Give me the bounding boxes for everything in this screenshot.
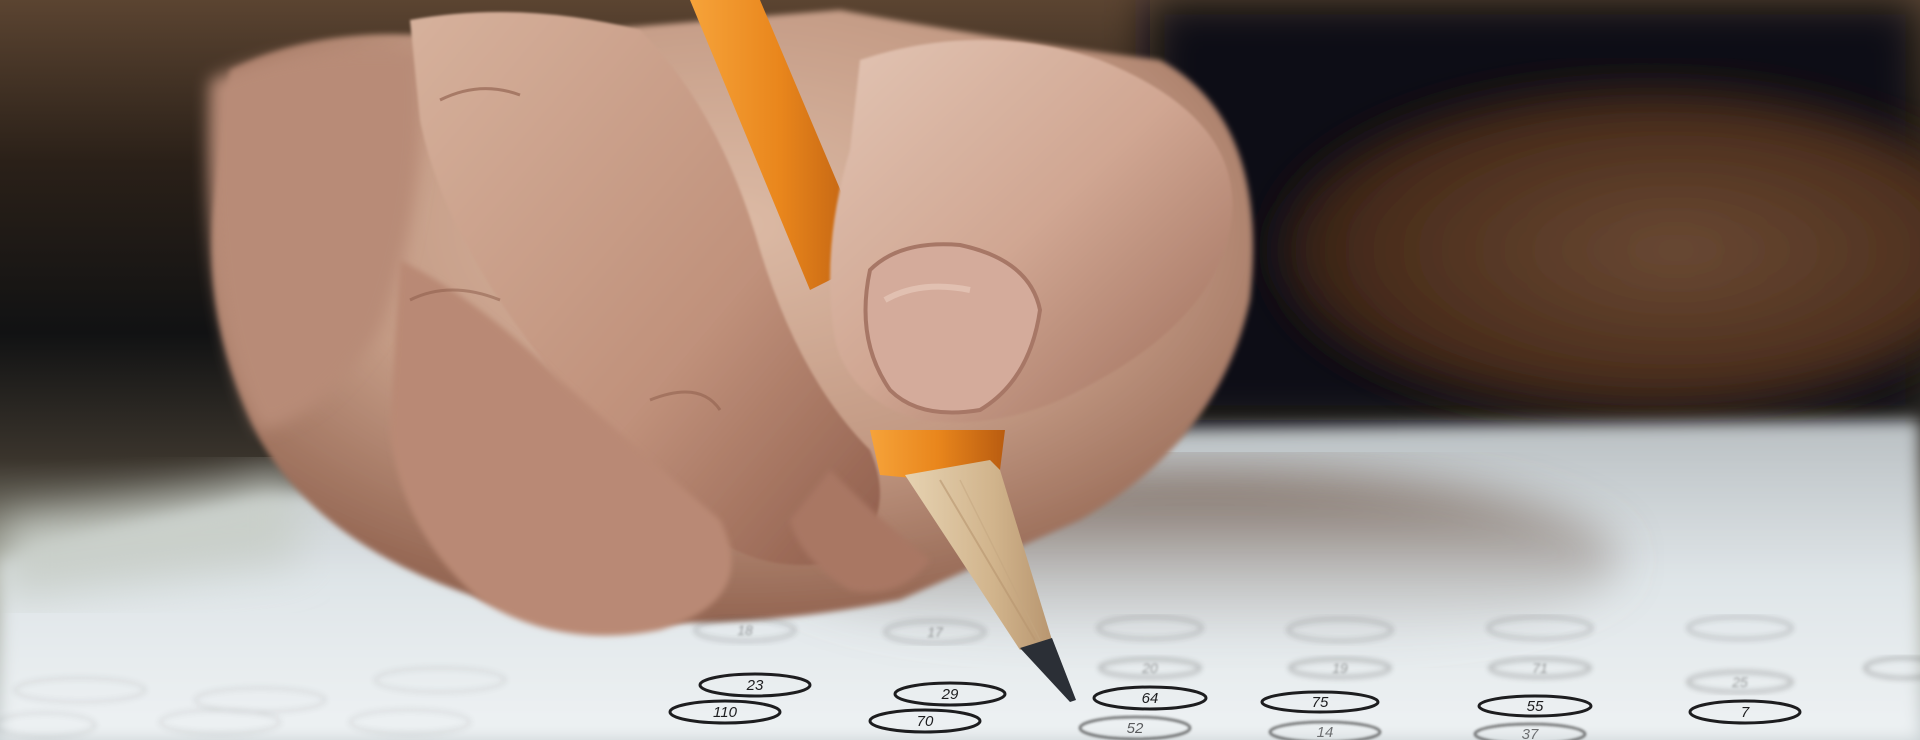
bubble-label: 7: [1741, 704, 1750, 721]
bubble-label: 52: [1127, 720, 1144, 737]
bubble-label: 64: [1142, 690, 1159, 707]
bubble-label: 37: [1522, 726, 1539, 740]
hand-pencil-photo: 23 29 64 75 55 7 110 70 52 14 37 18 17 2…: [0, 0, 1920, 740]
bubble-label: 25: [1731, 674, 1748, 690]
bubble-label: 23: [746, 677, 764, 694]
bubble-label: 71: [1532, 660, 1548, 676]
bubble-label: 75: [1312, 694, 1329, 711]
bubble-label: 19: [1332, 660, 1348, 676]
bubble-label: 17: [927, 624, 944, 640]
photo-scene: 23 29 64 75 55 7 110 70 52 14 37 18 17 2…: [0, 0, 1920, 740]
bubble-label: 55: [1527, 698, 1544, 715]
bubble-label: 14: [1317, 724, 1334, 740]
bubble-label: 18: [737, 622, 753, 638]
bubble-label: 20: [1141, 660, 1158, 676]
bubble-label: 70: [917, 713, 934, 730]
bubble-label: 110: [713, 704, 738, 721]
bubble-label: 29: [941, 686, 959, 703]
